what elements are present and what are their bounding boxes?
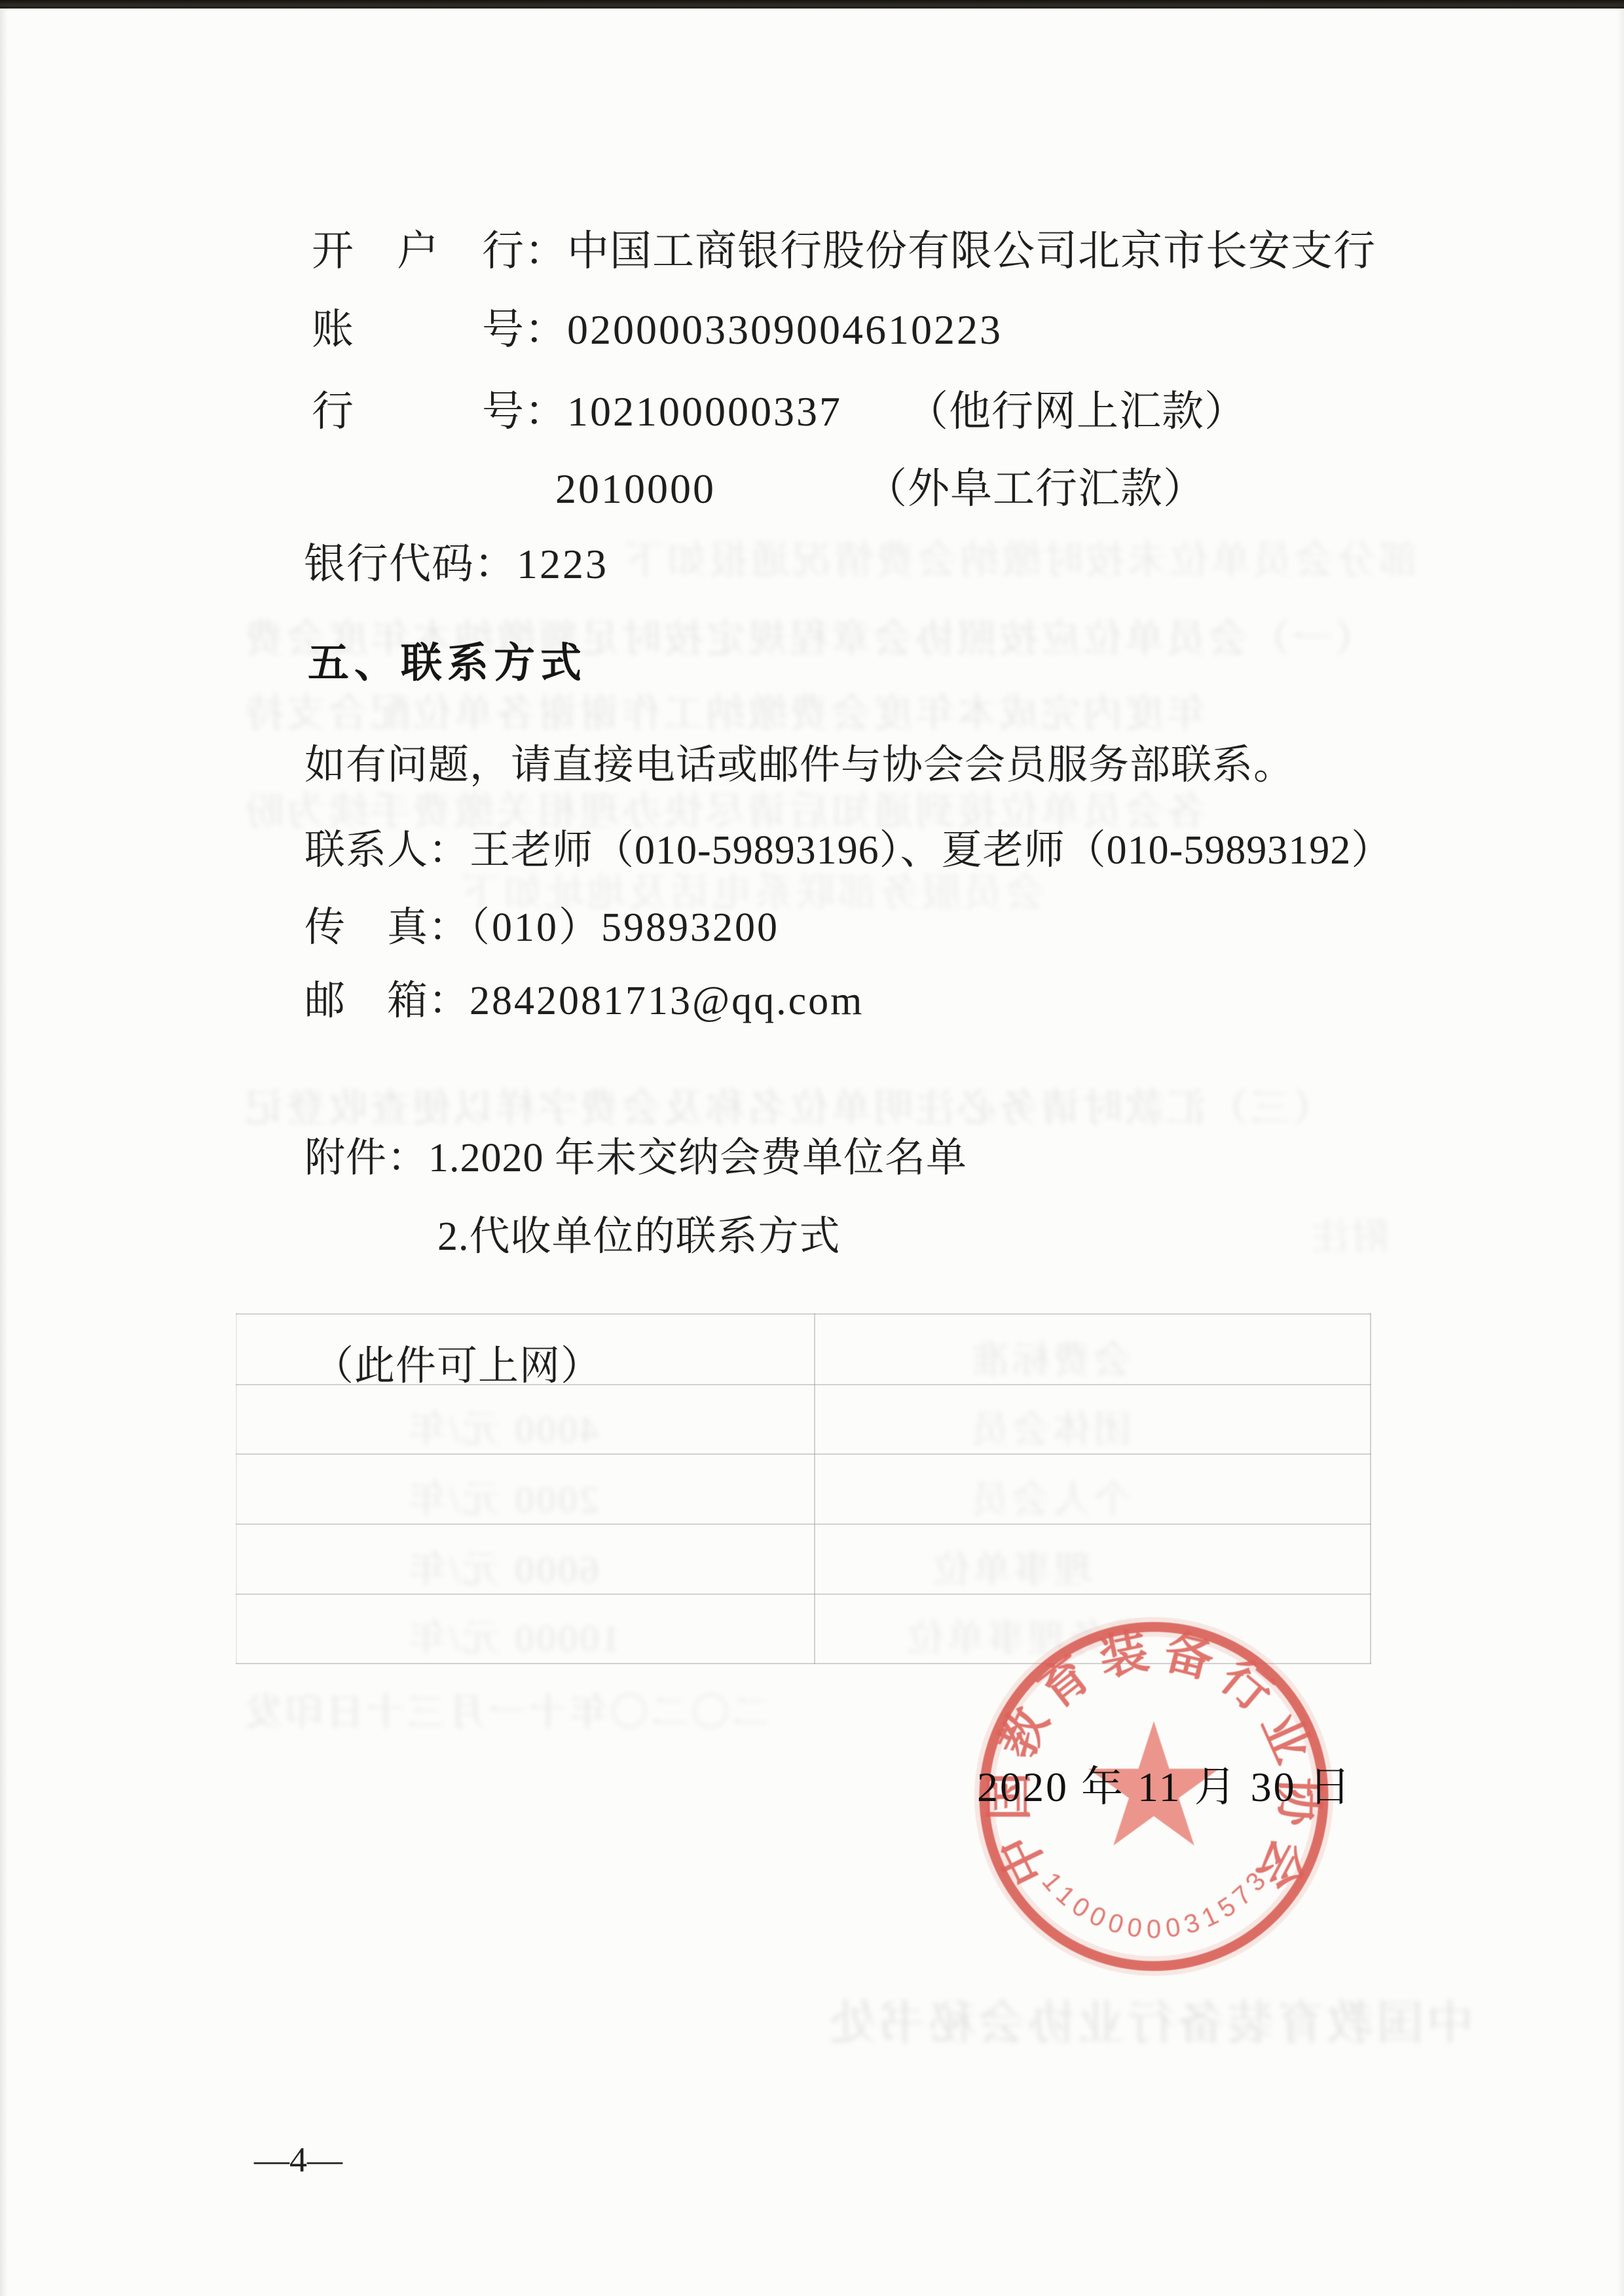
bleedthrough-cell: 理事单位 <box>930 1539 1092 1594</box>
fax-line: 传 真：（010）59893200 <box>304 894 779 953</box>
bank-routing2-note: （外阜工行汇款） <box>886 465 1206 512</box>
svg-text:0: 0 <box>1164 1912 1182 1943</box>
bank-code-label: 银行代码： <box>304 541 517 587</box>
attachment-item-2: 2.代收单位的联系方式 <box>437 1203 841 1262</box>
email-label: 邮 箱： <box>304 979 470 1023</box>
scan-left-edge-shade <box>0 0 8 2296</box>
account-number-line: 账 号：0200003309004610223 <box>312 296 1003 356</box>
bank-routing2-value: 2010000 <box>555 465 716 512</box>
account-number-label: 账 号： <box>312 306 567 353</box>
bleedthrough-line: 年度内完成本年度会费缴纳工作谢谢各单位配合支持 <box>242 682 1206 738</box>
attachment-item-1: 1.2020 年未交纳会费单位名单 <box>428 1136 967 1180</box>
account-number-value: 0200003309004610223 <box>567 306 1003 353</box>
bleedthrough-cell: 4000 元/年 <box>406 1398 599 1453</box>
contact-persons-value: 王老师（010-59893196）、夏老师（010-59893192） <box>470 828 1392 873</box>
bleedthrough-cell: 10000 元/年 <box>406 1607 621 1662</box>
section-heading-contact: 五、联系方式 <box>308 630 587 689</box>
scan-right-edge-shade <box>1617 0 1624 2296</box>
bank-code-line: 银行代码：1223 <box>304 530 608 591</box>
bank-code-value: 1223 <box>517 541 608 587</box>
svg-text:0: 0 <box>1105 1908 1127 1940</box>
page-number: —4— <box>254 2140 342 2180</box>
email-value: 2842081713@qq.com <box>470 979 864 1023</box>
bank-account-line: 开 户 行：中国工商银行股份有限公司北京市长安支行 <box>312 217 1376 278</box>
scan-top-strip <box>0 0 1624 9</box>
svg-text:0: 0 <box>1125 1912 1143 1943</box>
contact-persons-line: 联系人：王老师（010-59893196）、夏老师（010-59893192） <box>304 817 1392 875</box>
svg-text:行: 行 <box>1211 1649 1283 1722</box>
scanned-document-page: 部分会员单位未按时缴纳会费情况通报如下 （一）会员单位应按照协会章程规定按时足额… <box>0 0 1624 2296</box>
fax-value: （010）59893200 <box>470 905 779 950</box>
document-date: 2020 年 11 月 30 日 <box>977 1753 1353 1813</box>
bleedthrough-cell: 团体会员 <box>969 1398 1132 1453</box>
attachments-label: 附件： <box>304 1136 428 1180</box>
bank-account-label: 开 户 行： <box>312 228 567 274</box>
stamp-serial-arc-text: 1100000031573 <box>1036 1867 1271 1944</box>
bleedthrough-cell: 个人会员 <box>969 1468 1132 1523</box>
bank-routing-label: 行 号： <box>312 388 567 435</box>
publish-note: （此件可上网） <box>313 1333 602 1391</box>
bank-routing-note: （他行网上汇款） <box>927 388 1247 435</box>
bleedthrough-line: 部分会员单位未按时缴纳会费情况通报如下 <box>622 529 1418 585</box>
svg-text:育: 育 <box>1029 1646 1100 1719</box>
bank-routing-value: 102100000337 <box>567 388 842 435</box>
bleedthrough-line: 中国教育装备行业协会秘书处 <box>826 1985 1473 2053</box>
bleedthrough-line: 二〇二〇年十一月三十日印发 <box>242 1681 770 1736</box>
bleedthrough-line: 附注 <box>1310 1208 1388 1260</box>
attachments-line-1: 附件：1.2020 年未交纳会费单位名单 <box>304 1125 967 1183</box>
bleedthrough-cell: 6000 元/年 <box>406 1539 599 1594</box>
bank-routing-line-2: 2010000 （外阜工行汇款） <box>555 455 1206 515</box>
contact-persons-label: 联系人： <box>304 828 470 873</box>
email-line: 邮 箱：2842081713@qq.com <box>304 968 864 1026</box>
bleedthrough-cell: 会费标准 <box>969 1329 1132 1384</box>
svg-text:0: 0 <box>1147 1915 1161 1944</box>
contact-intro-line: 如有问题，请直接电话或邮件与协会会员服务部联系。 <box>304 732 1295 790</box>
bleedthrough-cell: 2000 元/年 <box>406 1468 599 1523</box>
bank-account-value: 中国工商银行股份有限公司北京市长安支行 <box>567 228 1376 274</box>
fax-label: 传 真： <box>304 905 470 950</box>
bank-routing-line: 行 号：102100000337 （他行网上汇款） <box>312 378 1247 438</box>
